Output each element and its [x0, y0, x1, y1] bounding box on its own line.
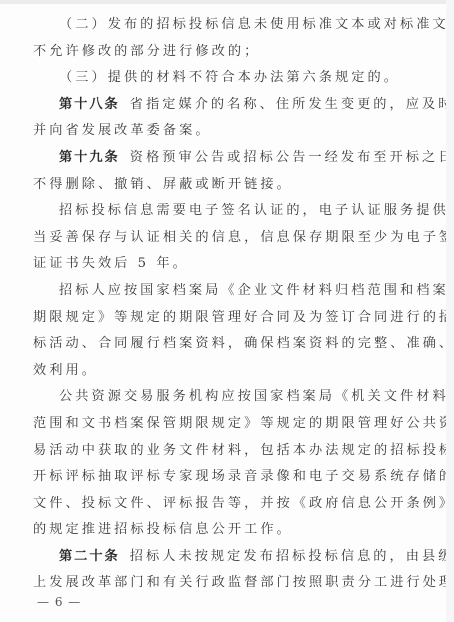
line-text: 证证书失效后 5 年。 [33, 256, 189, 271]
text-line: 招标人应按国家档案局《企业文件材料归档范围和档案保管 [33, 278, 409, 305]
text-line: 证证书失效后 5 年。 [33, 251, 409, 278]
text-line: 上发展改革部门和有关行政监督部门按照职责分工进行处理处 [33, 570, 409, 597]
text-line: （二）发布的招标投标信息未使用标准文本或对标准文本中 [33, 12, 409, 39]
text-line: 招标投标信息需要电子签名认证的，电子认证服务提供者应 [33, 198, 409, 225]
line-text: 不允许修改的部分进行修改的； [33, 44, 260, 59]
document-page: （二）发布的招标投标信息未使用标准文本或对标准文本中不允许修改的部分进行修改的；… [0, 4, 447, 622]
line-text: 标活动、合同履行档案资料，确保档案资料的完整、准确、安全和有 [33, 336, 454, 351]
article-heading: 第十八条 [59, 97, 120, 112]
line-text: 文件、投标文件、评标报告等，并按《政府信息公开条例》和本办法 [33, 496, 454, 511]
line-text: 当妥善保存与认证相关的信息，信息保存期限至少为电子签名认 [33, 230, 454, 245]
line-text: 招标人应按国家档案局《企业文件材料归档范围和档案保管 [59, 283, 454, 298]
text-line: 并向省发展改革委备案。 [33, 118, 409, 145]
text-line: 不得删除、撤销、屏蔽或断开链接。 [33, 172, 409, 199]
line-text: 省指定媒介的名称、住所发生变更的，应及时公告 [130, 97, 454, 112]
line-text: 并向省发展改革委备案。 [33, 123, 212, 138]
page-body: （二）发布的招标投标信息未使用标准文本或对标准文本中不允许修改的部分进行修改的；… [33, 12, 409, 597]
line-text: （三）提供的材料不符合本办法第六条规定的。 [59, 70, 400, 85]
text-line: 当妥善保存与认证相关的信息，信息保存期限至少为电子签名认 [33, 225, 409, 252]
article-line: 第十九条资格预审公告或招标公告一经发布至开标之日内 [33, 145, 409, 172]
text-line: 易活动中获取的业务文件材料，包括本办法规定的招标投标信息、 [33, 438, 409, 465]
page-number: — 6 — [37, 595, 81, 609]
line-text: 公共资源交易服务机构应按国家档案局《机关文件材料归档 [59, 389, 454, 404]
article-line: 第十八条省指定媒介的名称、住所发生变更的，应及时公告 [33, 92, 409, 119]
line-text: 招标人未按规定发布招标投标信息的，由县级以 [130, 549, 454, 564]
text-line: 的规定推进招标投标信息公开工作。 [33, 517, 409, 544]
line-text: 不得删除、撤销、屏蔽或断开链接。 [33, 177, 293, 192]
text-line: 开标评标抽取评标专家现场录音录像和电子交易系统存储的招标 [33, 464, 409, 491]
line-text: 效利用。 [33, 363, 98, 378]
line-text: 易活动中获取的业务文件材料，包括本办法规定的招标投标信息、 [33, 443, 454, 458]
text-line: 范围和文书档案保管期限规定》等规定的期限管理好公共资源交 [33, 411, 409, 438]
scan-right-edge [446, 0, 454, 622]
line-text: 期限规定》等规定的期限管理好合同及为签订合同进行的招标投 [33, 310, 454, 325]
line-text: 的规定推进招标投标信息公开工作。 [33, 522, 293, 537]
line-text: 范围和文书档案保管期限规定》等规定的期限管理好公共资源交 [33, 416, 454, 431]
line-text: 开标评标抽取评标专家现场录音录像和电子交易系统存储的招标 [33, 469, 454, 484]
article-line: 第二十条招标人未按规定发布招标投标信息的，由县级以 [33, 544, 409, 571]
text-line: 期限规定》等规定的期限管理好合同及为签订合同进行的招标投 [33, 305, 409, 332]
line-text: 招标投标信息需要电子签名认证的，电子认证服务提供者应 [59, 203, 454, 218]
text-line: 不允许修改的部分进行修改的； [33, 39, 409, 66]
text-line: 公共资源交易服务机构应按国家档案局《机关文件材料归档 [33, 384, 409, 411]
line-text: 资格预审公告或招标公告一经发布至开标之日内 [130, 150, 454, 165]
text-line: 文件、投标文件、评标报告等，并按《政府信息公开条例》和本办法 [33, 491, 409, 518]
text-line: 效利用。 [33, 358, 409, 385]
article-heading: 第二十条 [59, 549, 120, 564]
text-line: 标活动、合同履行档案资料，确保档案资料的完整、准确、安全和有 [33, 331, 409, 358]
line-text: （二）发布的招标投标信息未使用标准文本或对标准文本中 [59, 17, 454, 32]
line-text: 上发展改革部门和有关行政监督部门按照职责分工进行处理处 [33, 575, 454, 590]
text-line: （三）提供的材料不符合本办法第六条规定的。 [33, 65, 409, 92]
article-heading: 第十九条 [59, 150, 120, 165]
